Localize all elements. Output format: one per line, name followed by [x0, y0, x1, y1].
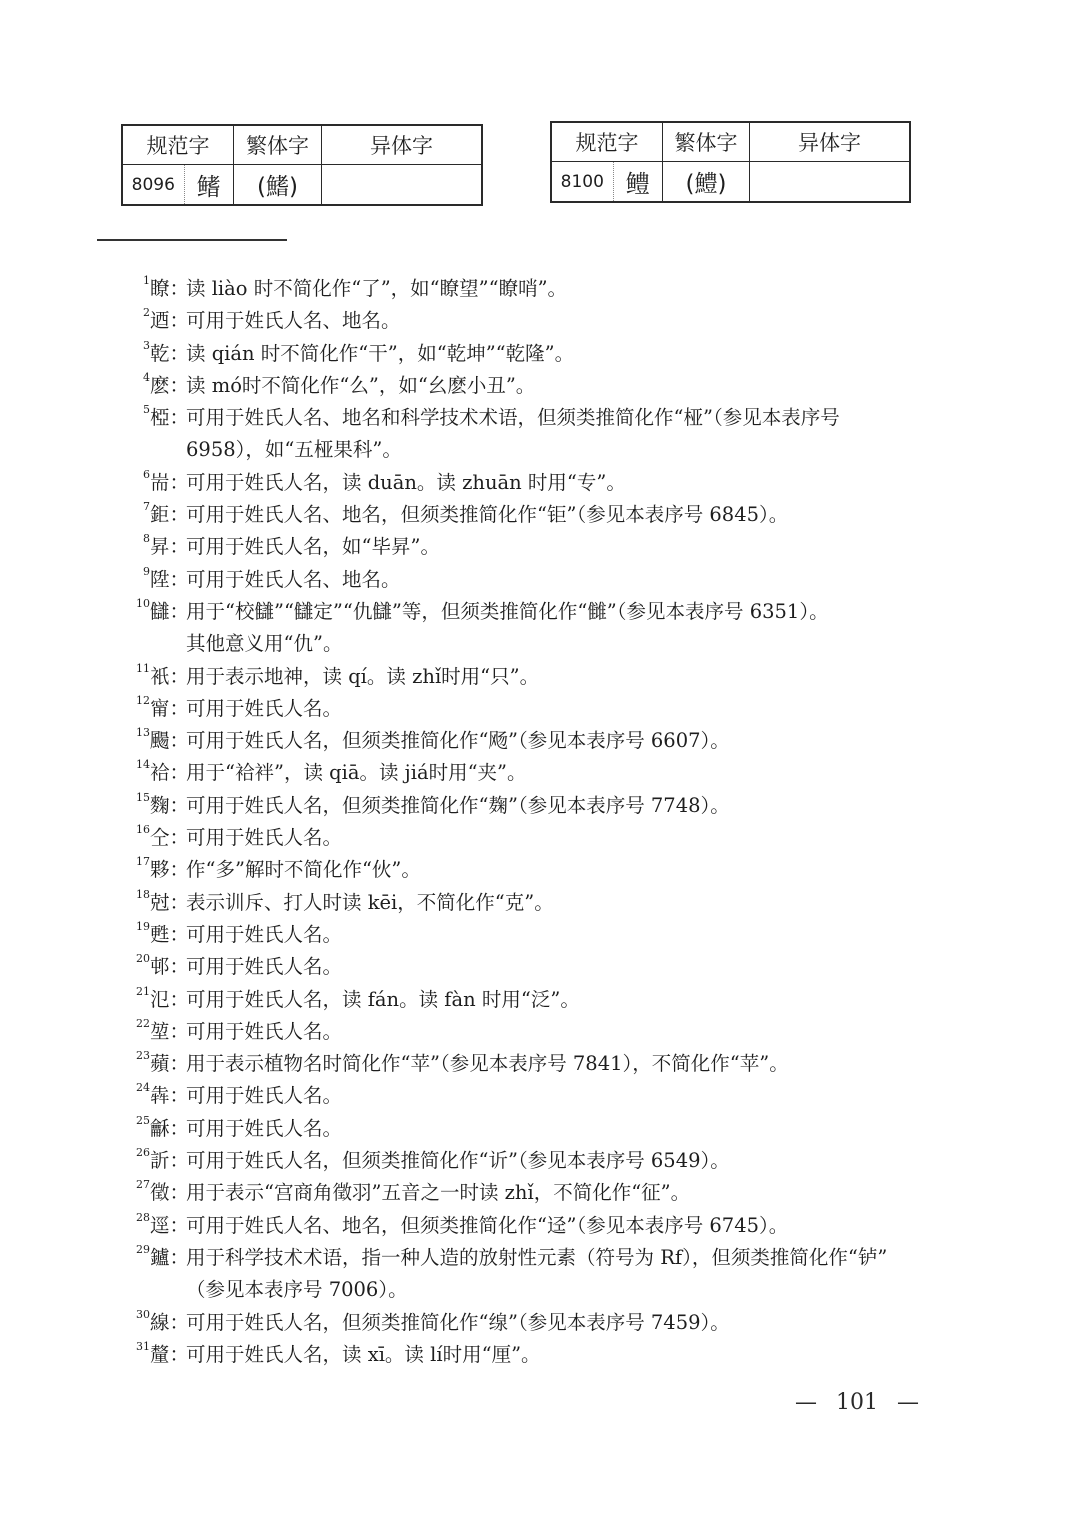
- footnote-item: 4麽：读 mó时不简化作“么”，如“幺麽小丑”。: [130, 370, 960, 402]
- footnote-headword: 龢：: [150, 1113, 189, 1145]
- header-standard: 规范字: [551, 122, 663, 162]
- footnote-headword: 甯：: [150, 693, 189, 725]
- footnote-number: 20: [130, 943, 150, 975]
- footnote-number: 11: [130, 653, 150, 685]
- footnote-text: 可用于姓氏人名。: [186, 1016, 960, 1048]
- footnote-headword: 昇：: [150, 531, 189, 563]
- footnote-headword: 釐：: [150, 1339, 189, 1371]
- footnote-text: 可用于姓氏人名，读 duān。读 zhuān 时用“专”。: [186, 467, 960, 499]
- footnote-number: 25: [130, 1105, 150, 1137]
- sequence-number: 8100: [551, 162, 613, 203]
- footnote-item: 30線：可用于姓氏人名，但须类推简化作“缐”（参见本表序号 7459）。: [130, 1307, 960, 1339]
- footnote-text: 读 liào 时不简化作“了”，如“瞭望”“瞭哨”。: [186, 273, 960, 305]
- footnote-number: 14: [130, 749, 150, 781]
- footnote-text: 用于科学技术术语，指一种人造的放射性元素（符号为 Rf），但须类推简化作“𬬻”: [186, 1242, 960, 1274]
- footnote-headword: 迺：: [150, 305, 189, 337]
- footnote-text: 可用于姓氏人名，但须类推简化作“麹”（参见本表序号 7748）。: [186, 790, 960, 822]
- standard-character: 鳢: [613, 162, 662, 203]
- footnote-item: 11衹：用于表示地神，读 qí。读 zhǐ时用“只”。: [130, 661, 960, 693]
- footnote-number: 5: [130, 394, 150, 426]
- footnote-item: 1瞭：读 liào 时不简化作“了”，如“瞭望”“瞭哨”。: [130, 273, 960, 305]
- footnote-text: 可用于姓氏人名、地名，但须类推简化作“迳”（参见本表序号 6745）。: [186, 1210, 960, 1242]
- footnote-number: 16: [130, 814, 150, 846]
- footnote-item: 22堃：可用于姓氏人名。: [130, 1016, 960, 1048]
- footnote-item: 8昇：可用于姓氏人名，如“毕昇”。: [130, 531, 960, 563]
- footnote-number: 6: [130, 459, 150, 491]
- footnote-number: 23: [130, 1040, 150, 1072]
- footnote-headword: 線：: [150, 1307, 189, 1339]
- footnote-headword: 颺：: [150, 725, 189, 757]
- footnote-number: 31: [130, 1331, 150, 1363]
- header-standard: 规范字: [122, 125, 234, 165]
- footnote-number: 26: [130, 1137, 150, 1169]
- footnote-text: 可用于姓氏人名。: [186, 822, 960, 854]
- footnote-text: 可用于姓氏人名。: [186, 1080, 960, 1112]
- footnote-headword: 氾：: [150, 984, 189, 1016]
- footnote-headword: 堃：: [150, 1016, 189, 1048]
- header-traditional: 繁体字: [663, 122, 750, 162]
- footnote-text: 可用于姓氏人名，但须类推简化作“飏”（参见本表序号 6607）。: [186, 725, 960, 757]
- footnote-divider: [97, 239, 287, 241]
- footnote-number: 2: [130, 297, 150, 329]
- footnote-number: 28: [130, 1202, 150, 1234]
- footnote-text: 可用于姓氏人名。: [186, 919, 960, 951]
- footnote-text: 其他意义用“仇”。: [186, 628, 960, 660]
- footnote-number: 3: [130, 330, 150, 362]
- footnote-number: 12: [130, 685, 150, 717]
- footnote-headword: 袷：: [150, 757, 189, 789]
- footnote-text: 用于“校讎”“讎定”“仇讎”等，但须类推简化作“雠”（参见本表序号 6351）。: [186, 596, 960, 628]
- footnote-number: 7: [130, 491, 150, 523]
- footnote-headword: 徵：: [150, 1177, 189, 1209]
- header-variant: 异体字: [750, 122, 911, 162]
- footnote-item: 2迺：可用于姓氏人名、地名。: [130, 305, 960, 337]
- footnote-item: 7鉅：可用于姓氏人名、地名，但须类推简化作“钜”（参见本表序号 6845）。: [130, 499, 960, 531]
- footnote-item: 19甦：可用于姓氏人名。: [130, 919, 960, 951]
- footnote-item: 20邨：可用于姓氏人名。: [130, 951, 960, 983]
- footnote-number: 22: [130, 1008, 150, 1040]
- footnote-item: 21氾：可用于姓氏人名，读 fán。读 fàn 时用“泛”。: [130, 984, 960, 1016]
- footnote-item: 12甯：可用于姓氏人名。: [130, 693, 960, 725]
- footnote-number: 18: [130, 879, 150, 911]
- footnote-item: 3乾：读 qián 时不简化作“干”，如“乾坤”“乾隆”。: [130, 338, 960, 370]
- footnote-headword: 鑪：: [150, 1242, 189, 1274]
- footnote-item: 14袷：用于“袷袢”，读 qiā。读 jiá时用“夹”。: [130, 757, 960, 789]
- footnote-text: 可用于姓氏人名。: [186, 693, 960, 725]
- footnote-item: 27徵：用于表示“宫商角徵羽”五音之一时读 zhǐ，不简化作“征”。: [130, 1177, 960, 1209]
- footnote-headword: 鉅：: [150, 499, 189, 531]
- footnote-text: 读 mó时不简化作“么”，如“幺麽小丑”。: [186, 370, 960, 402]
- footnote-item: 5椏：可用于姓氏人名、地名和科学技术术语，但须类推简化作“桠”（参见本表序号: [130, 402, 960, 434]
- footnote-item: 17夥：作“多”解时不简化作“伙”。: [130, 854, 960, 886]
- footnote-text: 可用于姓氏人名、地名。: [186, 305, 960, 337]
- standard-character: 鳍: [184, 165, 233, 206]
- footnote-text: 可用于姓氏人名、地名和科学技术术语，但须类推简化作“桠”（参见本表序号: [186, 402, 960, 434]
- footnote-number: 8: [130, 523, 150, 555]
- footnote-number: 10: [130, 588, 150, 620]
- character-table-8096: 规范字 繁体字 异体字 8096 鳍 (鰭): [121, 124, 483, 206]
- footnote-continuation: （参见本表序号 7006）。: [130, 1274, 960, 1306]
- footnote-text: 用于“袷袢”，读 qiā。读 jiá时用“夹”。: [186, 757, 960, 789]
- footnote-headword: 陞：: [150, 564, 189, 596]
- variant-character: [322, 165, 483, 206]
- footnote-item: 24犇：可用于姓氏人名。: [130, 1080, 960, 1112]
- footnote-continuation: 其他意义用“仇”。: [130, 628, 960, 660]
- footnote-headword: 訢：: [150, 1145, 189, 1177]
- footnote-number: 17: [130, 846, 150, 878]
- footnote-text: 读 qián 时不简化作“干”，如“乾坤”“乾隆”。: [186, 338, 960, 370]
- header-variant: 异体字: [322, 125, 483, 165]
- footnote-item: 16仝：可用于姓氏人名。: [130, 822, 960, 854]
- footnote-headword: 尅：: [150, 887, 189, 919]
- variant-character: [750, 162, 911, 203]
- footnote-headword: 乾：: [150, 338, 189, 370]
- footnote-text: 用于表示“宫商角徵羽”五音之一时读 zhǐ，不简化作“征”。: [186, 1177, 960, 1209]
- footnote-text: 可用于姓氏人名、地名，但须类推简化作“钜”（参见本表序号 6845）。: [186, 499, 960, 531]
- footnote-item: 18尅：表示训斥、打人时读 kēi，不简化作“克”。: [130, 887, 960, 919]
- traditional-character: (鱧): [663, 162, 750, 203]
- footnote-number: 4: [130, 362, 150, 394]
- footnote-item: 26訢：可用于姓氏人名，但须类推简化作“䜣”（参见本表序号 6549）。: [130, 1145, 960, 1177]
- footnote-item: 31釐：可用于姓氏人名，读 xī。读 lí时用“厘”。: [130, 1339, 960, 1371]
- footnote-text: 可用于姓氏人名。: [186, 951, 960, 983]
- footnote-text: 可用于姓氏人名，读 fán。读 fàn 时用“泛”。: [186, 984, 960, 1016]
- footnote-number: 15: [130, 782, 150, 814]
- footnote-number: 30: [130, 1299, 150, 1331]
- footnote-item: 23蘋：用于表示植物名时简化作“苹”（参见本表序号 7841），不简化作“苹”。: [130, 1048, 960, 1080]
- footnote-headword: 麴：: [150, 790, 189, 822]
- footnote-headword: 麽：: [150, 370, 189, 402]
- footnote-item: 6耑：可用于姓氏人名，读 duān。读 zhuān 时用“专”。: [130, 467, 960, 499]
- footnote-text: 可用于姓氏人名、地名。: [186, 564, 960, 596]
- header-traditional: 繁体字: [234, 125, 322, 165]
- footnote-continuation: 6958），如“五桠果科”。: [130, 434, 960, 466]
- footnote-headword: 犇：: [150, 1080, 189, 1112]
- footnote-item: 28逕：可用于姓氏人名、地名，但须类推简化作“迳”（参见本表序号 6745）。: [130, 1210, 960, 1242]
- footnote-headword: 蘋：: [150, 1048, 189, 1080]
- footnote-text: 可用于姓氏人名。: [186, 1113, 960, 1145]
- page-number: — 101 —: [795, 1390, 919, 1415]
- footnote-headword: 衹：: [150, 661, 189, 693]
- sequence-number: 8096: [122, 165, 184, 206]
- footnote-text: 可用于姓氏人名，如“毕昇”。: [186, 531, 960, 563]
- footnote-text: 可用于姓氏人名，读 xī。读 lí时用“厘”。: [186, 1339, 960, 1371]
- footnote-text: 可用于姓氏人名，但须类推简化作“䜣”（参见本表序号 6549）。: [186, 1145, 960, 1177]
- footnote-text: （参见本表序号 7006）。: [186, 1274, 960, 1306]
- footnote-item: 9陞：可用于姓氏人名、地名。: [130, 564, 960, 596]
- footnote-item: 25龢：可用于姓氏人名。: [130, 1113, 960, 1145]
- footnote-headword: 逕：: [150, 1210, 189, 1242]
- footnote-headword: 讎：: [150, 596, 189, 628]
- footnote-number: 19: [130, 911, 150, 943]
- footnote-text: 用于表示植物名时简化作“苹”（参见本表序号 7841），不简化作“苹”。: [186, 1048, 960, 1080]
- footnote-item: 13颺：可用于姓氏人名，但须类推简化作“飏”（参见本表序号 6607）。: [130, 725, 960, 757]
- footnote-headword: 椏：: [150, 402, 189, 434]
- footnote-number: 27: [130, 1169, 150, 1201]
- footnote-headword: 仝：: [150, 822, 189, 854]
- footnote-headword: 邨：: [150, 951, 189, 983]
- footnote-headword: 耑：: [150, 467, 189, 499]
- footnote-text: 可用于姓氏人名，但须类推简化作“缐”（参见本表序号 7459）。: [186, 1307, 960, 1339]
- footnote-text: 用于表示地神，读 qí。读 zhǐ时用“只”。: [186, 661, 960, 693]
- traditional-character: (鰭): [234, 165, 322, 206]
- footnote-text: 6958），如“五桠果科”。: [186, 434, 960, 466]
- footnote-number: 24: [130, 1072, 150, 1104]
- footnote-number: 9: [130, 556, 150, 588]
- footnotes-list: 1瞭：读 liào 时不简化作“了”，如“瞭望”“瞭哨”。2迺：可用于姓氏人名、…: [130, 273, 960, 1371]
- footnote-text: 表示训斥、打人时读 kēi，不简化作“克”。: [186, 887, 960, 919]
- character-table-8100: 规范字 繁体字 异体字 8100 鳢 (鱧): [550, 121, 911, 203]
- footnote-item: 15麴：可用于姓氏人名，但须类推简化作“麹”（参见本表序号 7748）。: [130, 790, 960, 822]
- footnote-item: 29鑪：用于科学技术术语，指一种人造的放射性元素（符号为 Rf），但须类推简化作…: [130, 1242, 960, 1274]
- footnote-headword: 夥：: [150, 854, 189, 886]
- footnote-number: 29: [130, 1234, 150, 1266]
- footnote-text: 作“多”解时不简化作“伙”。: [186, 854, 960, 886]
- footnote-headword: 瞭：: [150, 273, 189, 305]
- footnote-number: 13: [130, 717, 150, 749]
- footnote-number: 1: [130, 265, 150, 297]
- footnote-number: 21: [130, 976, 150, 1008]
- footnote-item: 10讎：用于“校讎”“讎定”“仇讎”等，但须类推简化作“雠”（参见本表序号 63…: [130, 596, 960, 628]
- footnote-headword: 甦：: [150, 919, 189, 951]
